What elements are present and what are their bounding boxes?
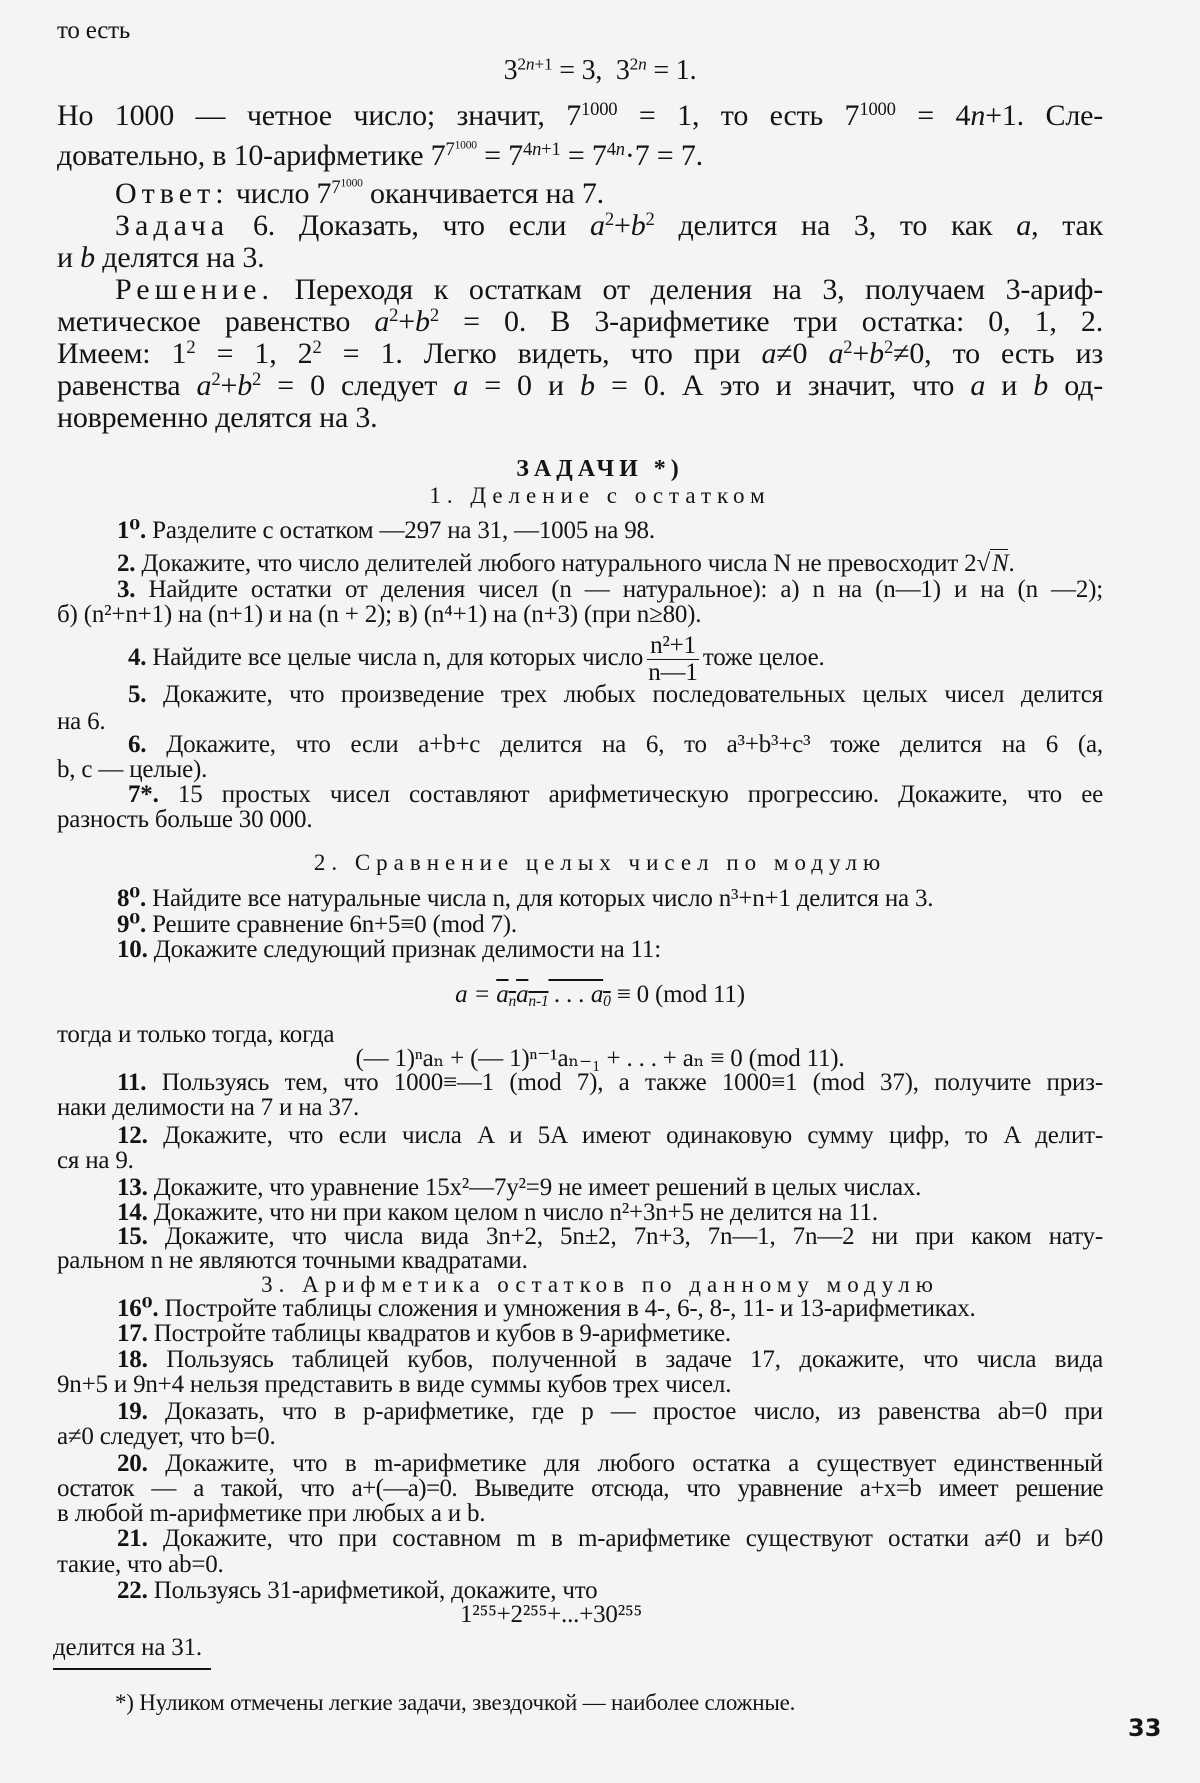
solution-line: Имеем: 12 = 1, 22 = 1. Легко видеть, что… bbox=[57, 336, 1103, 372]
book-page: то есть 32n+1 = 3, 32n = 1. Но 1000 — че… bbox=[0, 0, 1200, 1783]
formula-powers-of-3: 32n+1 = 3, 32n = 1. bbox=[0, 56, 1200, 86]
problem-3-cont: б) (n²+n+1) на (n+1) и на (n + 2); в) (n… bbox=[57, 600, 701, 630]
problem-6: 6. Докажите, что если a+b+c делится на 6… bbox=[128, 730, 1103, 760]
problem-11-cont: наки делимости на 7 и на 37. bbox=[57, 1093, 359, 1123]
solution-line: метическое равенство a2+b2 = 0. В 3-ариф… bbox=[57, 304, 1103, 340]
section-title-2: 2. Сравнение целых чисел по модулю bbox=[0, 848, 1200, 878]
answer-line: Ответ: число 771000 оканчивается на 7. bbox=[115, 176, 604, 212]
problem-1: 1⁰. Разделите с остатком —297 на 31, —10… bbox=[117, 516, 655, 546]
task-6-line: и b делятся на 3. bbox=[57, 240, 264, 276]
footnote-rule bbox=[53, 1668, 211, 1670]
problem-5-cont: на 6. bbox=[57, 707, 105, 737]
task-6-line: Задача 6. Доказать, что если a2+b2 делит… bbox=[115, 208, 1103, 244]
problem-12: 12. Докажите, что если числа A и 5A имею… bbox=[117, 1121, 1103, 1151]
solution-line: равенства a2+b2 = 0 следует a = 0 и b = … bbox=[57, 368, 1103, 404]
problem-5: 5. Докажите, что произведение трех любых… bbox=[128, 680, 1103, 710]
problem-4: 4. Найдите все целые числа n, для которы… bbox=[128, 630, 825, 686]
intro-line: довательно, в 10-арифметике 771000 = 74n… bbox=[57, 138, 703, 174]
problem-21: 21. Докажите, что при составном m в m-ар… bbox=[117, 1524, 1103, 1554]
problem-18-cont: 9n+5 и 9n+4 нельзя представить в виде су… bbox=[57, 1370, 731, 1400]
formula-sum-powers: 1²⁵⁵+2²⁵⁵+...+30²⁵⁵ bbox=[460, 1600, 642, 1630]
solution-line: Решение. Переходя к остаткам от деления … bbox=[115, 272, 1103, 308]
section-title-1: 1. Деление с остатком bbox=[0, 481, 1200, 511]
problems-heading: ЗАДАЧИ *) bbox=[0, 454, 1200, 484]
page-number: 33 bbox=[1128, 1714, 1161, 1742]
problem-7-cont: разность больше 30 000. bbox=[57, 805, 312, 835]
problem-12-cont: ся на 9. bbox=[57, 1146, 134, 1176]
solution-line: новременно делятся на 3. bbox=[57, 400, 377, 436]
problem-22-cont: делится на 31. bbox=[53, 1633, 202, 1663]
problem-19-cont: a≠0 следует, что b=0. bbox=[57, 1422, 276, 1452]
intro-line: то есть bbox=[57, 16, 130, 46]
problem-10: 10. Докажите следующий признак делимости… bbox=[117, 935, 661, 965]
footnote: *) Нуликом отмечены легкие задачи, звезд… bbox=[115, 1688, 795, 1718]
formula-divisibility-11: a = anan-1 . . . a0 ≡ 0 (mod 11) bbox=[0, 980, 1200, 1010]
fraction: n²+1n—1 bbox=[647, 633, 699, 686]
intro-line: Но 1000 — четное число; значит, 71000 = … bbox=[57, 98, 1103, 134]
